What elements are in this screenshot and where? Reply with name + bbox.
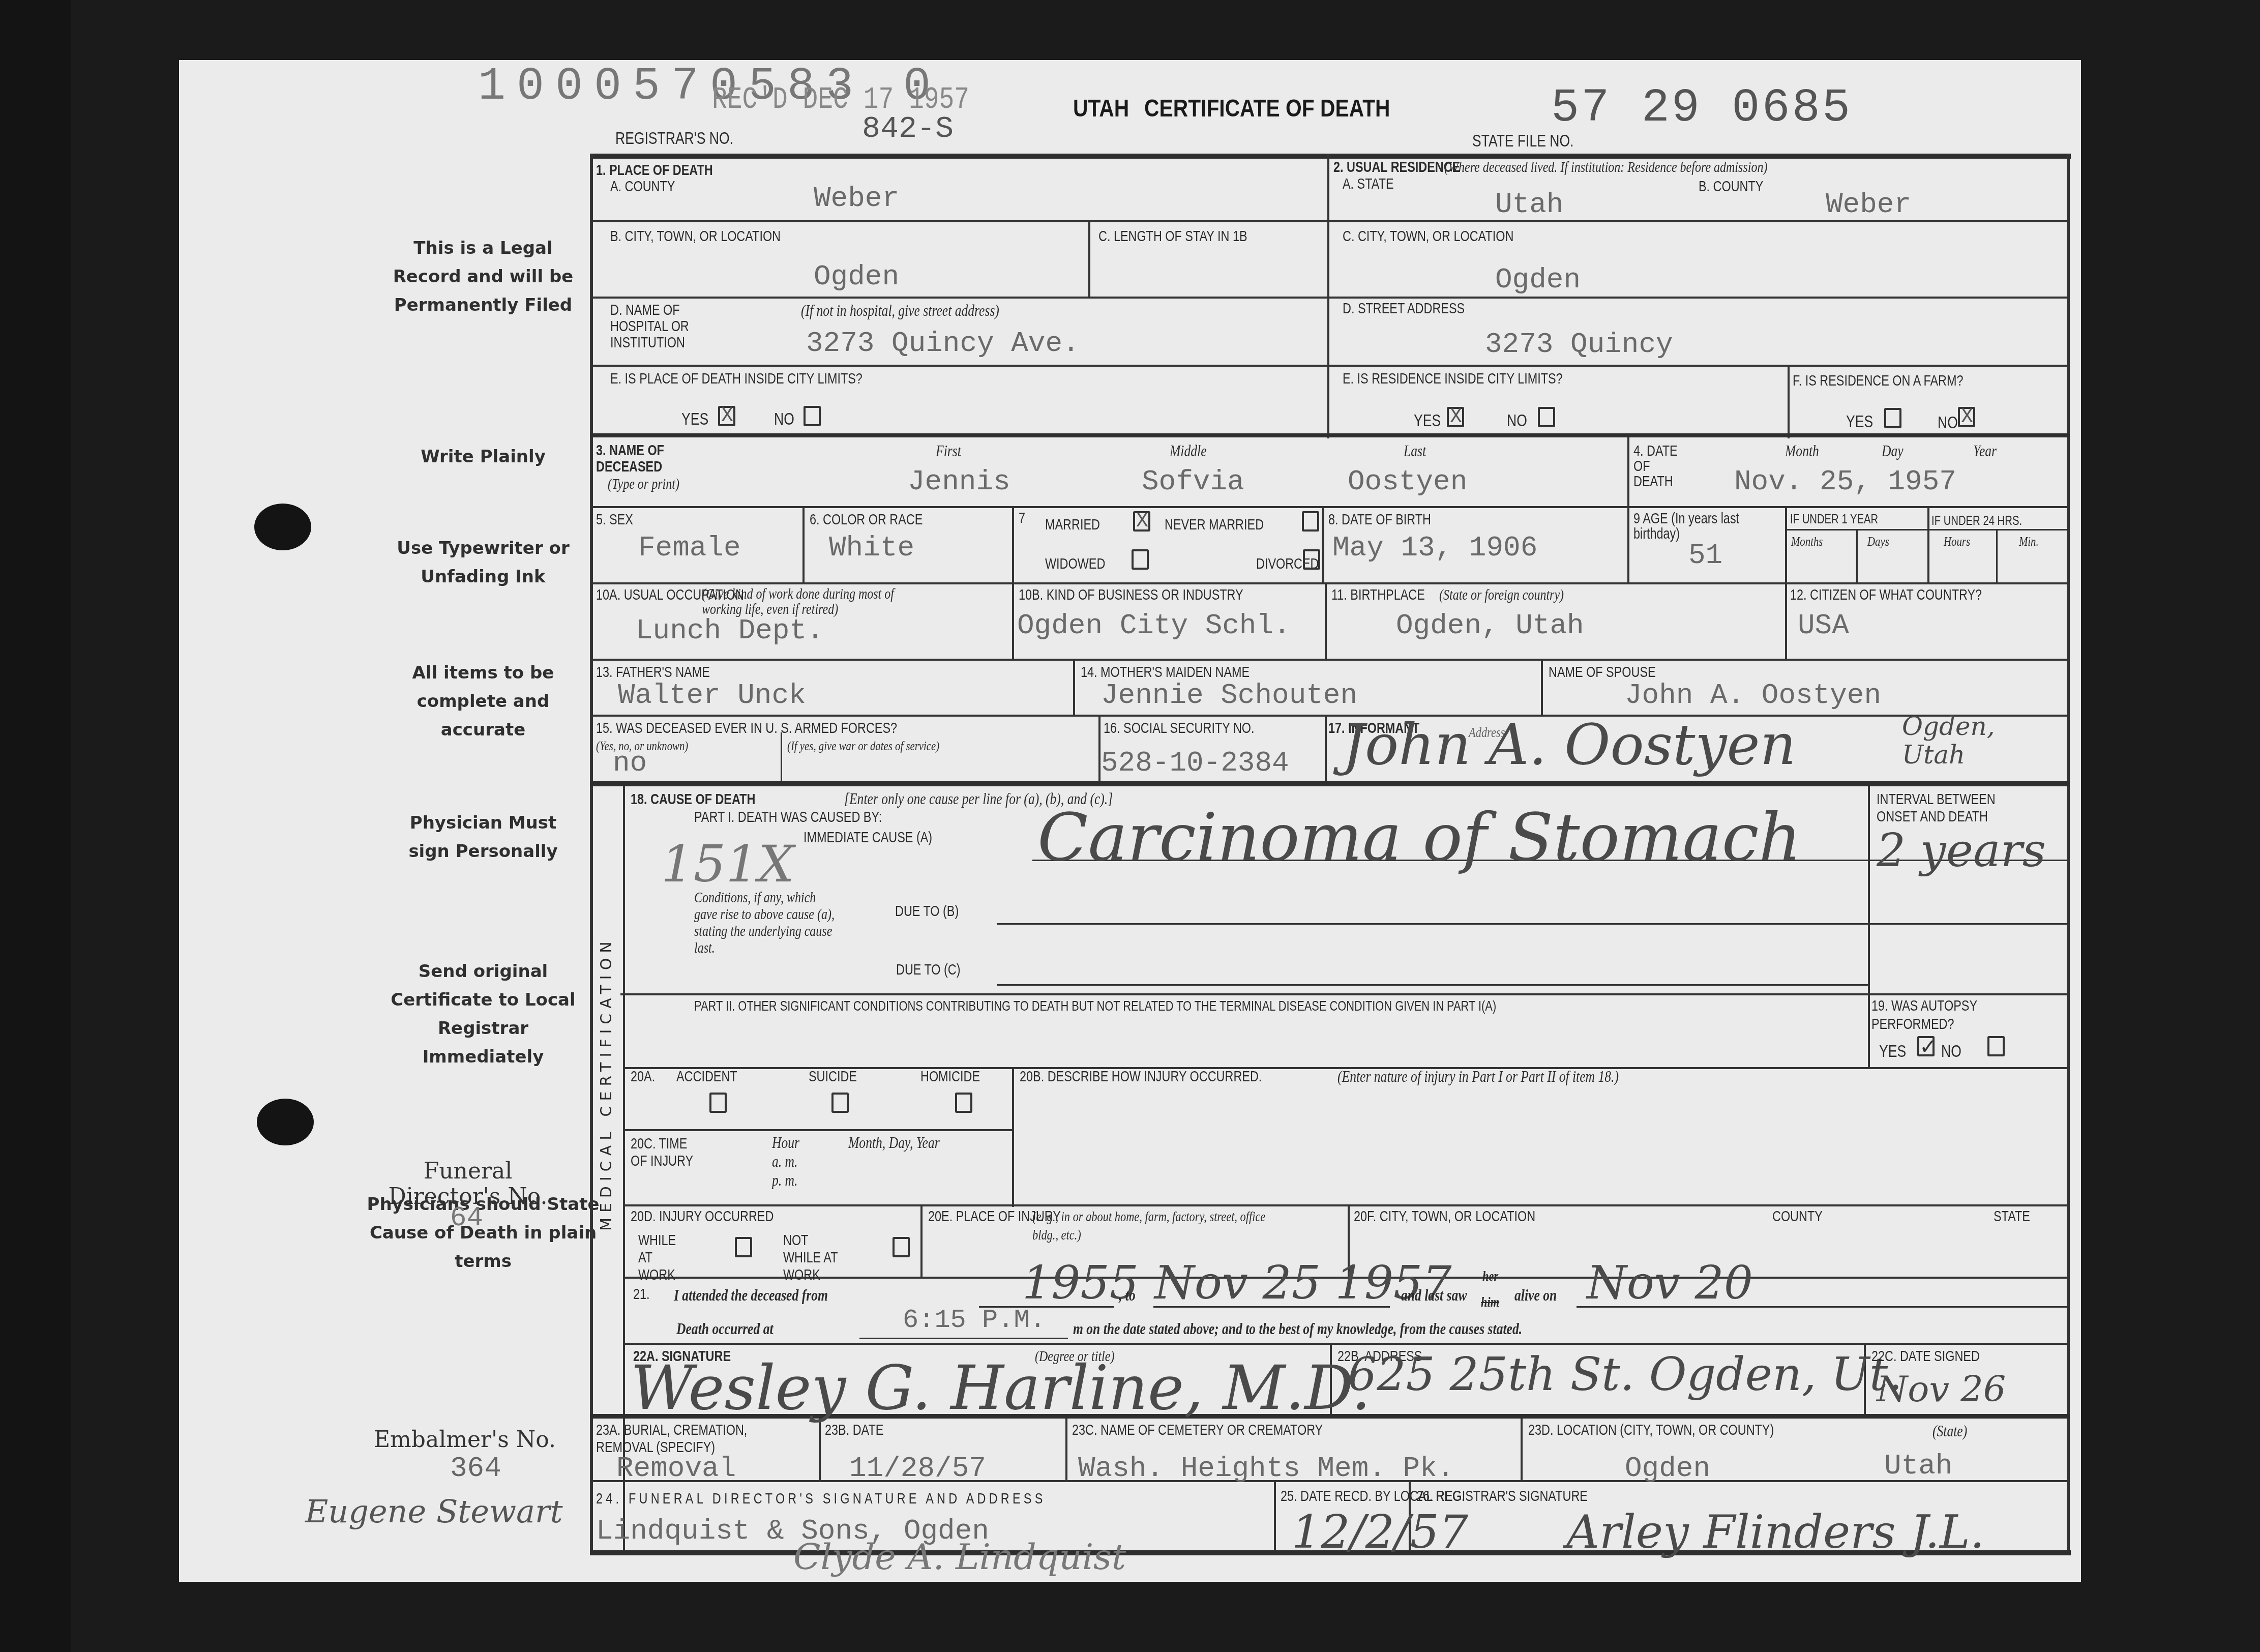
residence-farm-no-checkbox[interactable]: [1958, 407, 1975, 427]
residence-inside-city-no-label: NO: [1507, 411, 1527, 431]
page-title: CERTIFICATE OF DEATH: [1144, 95, 1390, 123]
deceased-name-hint: (Type or print): [608, 476, 679, 493]
cause-code-note: 151X: [661, 834, 794, 894]
armed-forces-hint-dates: (If yes, give war or dates of service): [787, 739, 939, 754]
cause-b-line: [997, 923, 2070, 925]
sex-value[interactable]: Female: [638, 532, 741, 564]
row-line: [1785, 529, 2070, 530]
autopsy-yes-checkbox[interactable]: [1917, 1036, 1935, 1056]
residence-county-value[interactable]: Weber: [1826, 188, 1911, 221]
death-occurred-text: Death occurred at: [676, 1319, 774, 1338]
last-saw-text: and last saw: [1401, 1286, 1467, 1305]
am-label: a. m.: [772, 1152, 797, 1171]
divider-3-4: [1627, 437, 1629, 506]
time-injury-label: 20c. TIME OF INJURY: [631, 1135, 702, 1170]
injury-state-label: STATE: [1994, 1208, 2030, 1225]
citizen-value[interactable]: USA: [1798, 609, 1849, 642]
divider-24-25: [1274, 1480, 1276, 1551]
occupation-hint: (Give kind of work done during most of w…: [702, 586, 913, 617]
divider-under1-under24: [1927, 506, 1929, 582]
under-24-hrs-label: IF UNDER 24 HRS.: [1931, 513, 2022, 528]
birthplace-label: 11. BIRTHPLACE: [1331, 586, 1425, 604]
row-line: [620, 993, 2070, 995]
death-county-label: a. COUNTY: [610, 178, 675, 195]
divider-23a-23b: [819, 1419, 821, 1482]
part2-label: PART II. OTHER SIGNIFICANT CONDITIONS CO…: [694, 998, 1496, 1014]
residence-farm-label: f. IS RESIDENCE ON A FARM?: [1793, 372, 1963, 390]
never-married-checkbox[interactable]: [1302, 511, 1319, 532]
min-label: Min.: [2019, 534, 2039, 549]
scan-background-left: [0, 0, 71, 1652]
dob-label: 8. DATE OF BIRTH: [1328, 511, 1431, 528]
accident-num: 20a.: [631, 1068, 655, 1085]
row-line: [590, 297, 2070, 299]
widowed-checkbox[interactable]: [1132, 549, 1149, 570]
location-state-value[interactable]: Utah: [1884, 1450, 1952, 1482]
year-label: Year: [1973, 441, 1997, 460]
race-value[interactable]: White: [829, 532, 914, 564]
divider-16-17: [1325, 715, 1327, 783]
race-label: 6. COLOR OR RACE: [810, 511, 923, 528]
ssn-value[interactable]: 528-10-2384: [1101, 747, 1289, 779]
to-text: , to: [1119, 1286, 1136, 1305]
divider-1b-1c: [1088, 220, 1090, 297]
residence-inside-city-yes-label: YES: [1414, 411, 1441, 431]
date-signed-value[interactable]: Nov 26: [1877, 1368, 2006, 1410]
registrars-no-label: REGISTRAR'S NO.: [615, 129, 733, 149]
residence-inside-city-no-checkbox[interactable]: [1538, 407, 1555, 427]
middle-name-value[interactable]: Sofvia: [1142, 465, 1244, 498]
usual-residence-hint: (Where deceased lived. If institution: R…: [1444, 159, 1767, 176]
citizen-label: 12. CITIZEN OF WHAT COUNTRY?: [1790, 586, 1982, 604]
residence-street-label: d. STREET ADDRESS: [1343, 300, 1465, 317]
divider-1-2: [1327, 154, 1329, 438]
length-of-stay-label: c. LENGTH OF STAY IN 1b: [1098, 228, 1247, 245]
residence-street-value[interactable]: 3273 Quincy: [1485, 328, 1673, 361]
margin-note-complete: All items to be complete and accurate: [386, 659, 580, 744]
dob-value[interactable]: May 13, 1906: [1332, 532, 1537, 564]
residence-county-label: b. COUNTY: [1699, 178, 1763, 195]
days-label: Days: [1867, 534, 1889, 549]
residence-city-label: c. CITY, TOWN, OR LOCATION: [1343, 228, 1513, 245]
suicide-label: SUICIDE: [809, 1068, 857, 1085]
disposition-date-value[interactable]: 11/28/57: [849, 1452, 986, 1485]
attendance-num: 21.: [633, 1286, 650, 1303]
date-signed-label: 22c. DATE SIGNED: [1871, 1348, 1980, 1365]
margin-note-physician-sign: Physician Must sign Personally: [386, 809, 580, 866]
marital-num: 7: [1019, 510, 1025, 527]
divider-5-6: [802, 506, 805, 582]
residence-state-label: a. STATE: [1343, 175, 1394, 193]
row-line: [590, 365, 2070, 367]
hospital-hint: (If not in hospital, give street address…: [801, 301, 999, 320]
margin-note-typewriter: Use Typewriter or Unfading Ink: [386, 534, 580, 591]
pm-label: p. m.: [772, 1171, 797, 1190]
deceased-name-label: 3. NAME OF DECEASED: [596, 442, 699, 475]
row-line: [623, 1204, 2070, 1206]
interval-label: INTERVAL BETWEEN ONSET AND DEATH: [1877, 791, 2027, 825]
location-state-label: (State): [1932, 1422, 1967, 1440]
divider-20d-20e: [920, 1204, 923, 1278]
cause-of-death-label: 18. CAUSE OF DEATH: [631, 791, 755, 808]
first-name-label: First: [936, 441, 961, 460]
age-value[interactable]: 51: [1688, 539, 1722, 572]
industry-value[interactable]: Ogden City Schl.: [1017, 609, 1291, 642]
disposition-date-label: 23b. DATE: [825, 1422, 883, 1439]
middle-name-label: Middle: [1170, 441, 1207, 460]
punch-hole-top: [254, 504, 311, 550]
state-file-no: 57 29 0685: [1551, 81, 1852, 135]
burial-value[interactable]: Removal: [616, 1452, 736, 1485]
autopsy-yes-label: YES: [1879, 1042, 1906, 1061]
funeral-director-no: 64: [450, 1203, 483, 1234]
last-name-value[interactable]: Oostyen: [1348, 465, 1467, 498]
punch-hole-bottom: [257, 1099, 314, 1145]
widowed-label: WIDOWED: [1045, 555, 1105, 573]
injury-city-label: 20f. CITY, TOWN, OR LOCATION: [1354, 1208, 1535, 1225]
death-inside-city-yes-checkbox[interactable]: [718, 406, 735, 426]
margin-note-send-original: Send original Certificate to Local Regis…: [386, 957, 580, 1071]
divider-14-spouse: [1541, 659, 1543, 715]
married-checkbox[interactable]: [1133, 511, 1150, 532]
registrar-signature-label: 26. REGISTRAR'S SIGNATURE: [1416, 1488, 1588, 1505]
autopsy-label: 19. WAS AUTOPSY PERFORMED?: [1871, 997, 2006, 1034]
first-name-value[interactable]: Jennis: [908, 465, 1010, 498]
birthplace-value[interactable]: Ogden, Utah: [1396, 609, 1584, 642]
not-while-at-work-checkbox[interactable]: [893, 1237, 910, 1257]
margin-note-legal-record: This is a Legal Record and will be Perma…: [386, 234, 580, 319]
interval-value[interactable]: 2 years: [1877, 824, 2046, 877]
residence-farm-yes-checkbox[interactable]: [1884, 408, 1901, 428]
armed-forces-label: 15. WAS DECEASED EVER IN U. S. ARMED FOR…: [596, 720, 897, 737]
married-label: MARRIED: [1045, 516, 1100, 534]
divider-2e-2f: [1788, 365, 1790, 438]
margin-note-write-plainly: Write Plainly: [386, 442, 580, 471]
form-left-border: [590, 154, 593, 1553]
burial-label: 23a. BURIAL, CREMATION, REMOVAL (Specify…: [596, 1422, 759, 1456]
physician-signature: Wesley G. Harline, M.D.: [631, 1353, 1371, 1424]
residence-city-value[interactable]: Ogden: [1495, 263, 1581, 296]
injury-county-label: COUNTY: [1772, 1208, 1823, 1225]
never-married-label: NEVER MARRIED: [1165, 516, 1264, 534]
immediate-cause-value[interactable]: Carcinoma of Stomach: [1037, 799, 1801, 876]
father-label: 13. FATHER'S NAME: [596, 664, 710, 681]
row-line: [590, 582, 2070, 584]
due-to-b-label: DUE TO (b): [895, 903, 959, 920]
death-city-value[interactable]: Ogden: [814, 260, 899, 293]
row-line: [590, 659, 2070, 661]
how-injury-hint: (Enter nature of injury in Part I or Par…: [1337, 1067, 1619, 1086]
divider-23c-23d: [1521, 1419, 1523, 1482]
place-injury-hint: (e. g., in or about home, farm, factory,…: [1032, 1208, 1276, 1245]
conditions-hint: Conditions, if any, which gave rise to a…: [694, 889, 841, 956]
date-recd-value[interactable]: 12/2/57: [1292, 1506, 1468, 1559]
cemetery-label: 23c. NAME OF CEMETERY OR CREMATORY: [1072, 1422, 1323, 1439]
death-time-suffix: m on the date stated above; and to the b…: [1073, 1319, 1522, 1338]
mdy-label: Month, Day, Year: [848, 1133, 940, 1152]
divider-15-16: [1098, 715, 1101, 783]
hospital-value[interactable]: 3273 Quincy Ave.: [806, 327, 1080, 360]
immediate-cause-label: IMMEDIATE CAUSE (a): [804, 829, 932, 846]
row-line: [590, 506, 2070, 508]
while-at-work-label: WHILE AT WORK: [638, 1232, 686, 1284]
embalmer-no: 364: [450, 1452, 501, 1485]
homicide-label: HOMICIDE: [920, 1068, 980, 1085]
month-label: Month: [1785, 441, 1819, 460]
how-injury-label: 20b. DESCRIBE HOW INJURY OCCURRED.: [1020, 1068, 1262, 1085]
location-city-value[interactable]: Ogden: [1625, 1452, 1710, 1485]
homicide-checkbox[interactable]: [955, 1093, 972, 1113]
funeral-director-no-label: Funeral Director's No.: [371, 1159, 564, 1209]
pronoun-her: her: [1482, 1268, 1498, 1285]
hospital-label: d. NAME OF HOSPITAL OR INSTITUTION: [610, 302, 701, 351]
cemetery-value[interactable]: Wash. Heights Mem. Pk.: [1078, 1452, 1454, 1485]
death-time-line: [859, 1338, 1068, 1339]
form-top-border: [590, 154, 2071, 159]
medical-certification-label: MEDICAL CERTIFICATION: [598, 936, 615, 1231]
ssn-label: 16. SOCIAL SECURITY NO.: [1104, 720, 1254, 737]
under-1-year-label: IF UNDER 1 YEAR: [1790, 511, 1878, 527]
title-state: UTAH: [1073, 95, 1129, 123]
residence-state-value[interactable]: Utah: [1495, 188, 1563, 221]
informant-address: Ogden, Utah: [1902, 712, 2055, 769]
divider-7-8: [1322, 506, 1324, 582]
divorced-checkbox[interactable]: [1303, 549, 1320, 570]
divider-13-14: [1073, 659, 1075, 715]
attended-from-text: I attended the deceased from: [674, 1286, 828, 1305]
place-of-death-label: 1. PLACE OF DEATH: [596, 162, 713, 179]
divider-10b-11: [1325, 582, 1327, 659]
residence-farm-yes-label: YES: [1846, 412, 1873, 432]
divider-15-hints: [781, 732, 782, 783]
death-city-label: b. CITY, TOWN, OR LOCATION: [610, 228, 781, 245]
death-inside-city-yes-label: YES: [681, 409, 708, 429]
row-line: [590, 433, 2070, 437]
autopsy-no-label: NO: [1941, 1042, 1961, 1061]
death-inside-city-no-label: NO: [774, 409, 794, 429]
alive-on-text: alive on: [1514, 1286, 1557, 1305]
death-inside-city-no-checkbox[interactable]: [804, 406, 821, 426]
sex-label: 5. SEX: [596, 511, 633, 528]
spouse-label: NAME OF SPOUSE: [1549, 664, 1656, 681]
birthplace-hint: (State or foreign country): [1439, 586, 1564, 604]
cause-c-line: [997, 984, 1869, 986]
part1-label: PART I. DEATH WAS CAUSED BY:: [694, 809, 882, 826]
informant-signature: John A. Oostyen: [1343, 712, 1796, 777]
due-to-c-label: DUE TO (c): [896, 961, 961, 979]
registrars-no: 842-S: [862, 112, 954, 146]
industry-label: 10b. KIND OF BUSINESS OR INDUSTRY: [1019, 586, 1243, 604]
death-time-value[interactable]: 6:15 P.M.: [903, 1305, 1046, 1335]
divider-20a-20b: [1012, 1067, 1014, 1207]
pronoun-him: him: [1481, 1294, 1499, 1311]
divider-8-9: [1627, 506, 1629, 582]
usual-residence-label: 2. USUAL RESIDENCE: [1333, 159, 1460, 176]
location-label: 23d. LOCATION (City, town, or county): [1528, 1422, 1774, 1439]
day-label: Day: [1882, 441, 1904, 460]
registrar-signature: Arley Flinders J.L.: [1566, 1506, 1984, 1559]
divider-hours-min: [1996, 529, 1998, 582]
date-of-death-value[interactable]: Nov. 25, 1957: [1734, 465, 1956, 498]
accident-checkbox[interactable]: [709, 1093, 727, 1113]
months-label: Months: [1791, 534, 1823, 549]
mother-value[interactable]: Jennie Schouten: [1101, 679, 1357, 712]
row-line: [623, 1129, 1012, 1131]
residence-farm-no-label: NO: [1938, 413, 1958, 433]
not-while-at-work-label: NOT WHILE AT WORK: [783, 1232, 839, 1284]
divider-months-days: [1856, 529, 1858, 582]
embalmer-no-label: Embalmer's No.: [374, 1427, 556, 1453]
residence-inside-city-label: e. IS RESIDENCE INSIDE CITY LIMITS?: [1343, 370, 1563, 388]
spouse-value[interactable]: John A. Oostyen: [1625, 679, 1881, 712]
age-label: 9 AGE (In years last birthday): [1633, 511, 1788, 542]
hours-label: Hours: [1944, 534, 1970, 549]
date-of-death-label: 4. DATE OF DEATH: [1633, 444, 1681, 489]
divider-23b-23c: [1065, 1419, 1067, 1482]
autopsy-no-checkbox[interactable]: [1987, 1036, 2005, 1056]
last-name-label: Last: [1404, 441, 1426, 460]
accident-label: ACCIDENT: [676, 1068, 737, 1085]
death-county-value[interactable]: Weber: [814, 182, 899, 215]
death-inside-city-label: e. IS PLACE OF DEATH INSIDE CITY LIMITS?: [610, 370, 863, 388]
mother-label: 14. MOTHER'S MAIDEN NAME: [1081, 664, 1250, 681]
injury-occurred-label: 20d. INJURY OCCURRED: [631, 1208, 774, 1225]
row-line: [623, 1343, 2070, 1345]
row-line: [590, 715, 2070, 717]
occupation-value[interactable]: Lunch Dept.: [636, 614, 824, 647]
embalmer-signature: Eugene Stewart: [305, 1493, 563, 1530]
father-value[interactable]: Walter Unck: [618, 679, 806, 712]
funeral-director-label: 24. FUNERAL DIRECTOR'S SIGNATURE AND ADD…: [596, 1490, 1046, 1508]
armed-forces-value[interactable]: no: [613, 747, 647, 779]
while-at-work-checkbox[interactable]: [735, 1237, 752, 1257]
hour-label: Hour: [772, 1133, 799, 1152]
physician-address[interactable]: 625 25th St. Ogden, Ut.: [1348, 1348, 1856, 1401]
last-seen-value[interactable]: Nov 20: [1587, 1256, 1753, 1310]
state-file-no-label: STATE FILE NO.: [1472, 131, 1573, 151]
suicide-checkbox[interactable]: [831, 1093, 849, 1113]
divider-interval: [1868, 786, 1870, 1069]
row-line: [590, 781, 2070, 786]
funeral-director-signature: Clyde A. Lindquist: [793, 1536, 1126, 1578]
residence-inside-city-yes-checkbox[interactable]: [1447, 407, 1464, 427]
